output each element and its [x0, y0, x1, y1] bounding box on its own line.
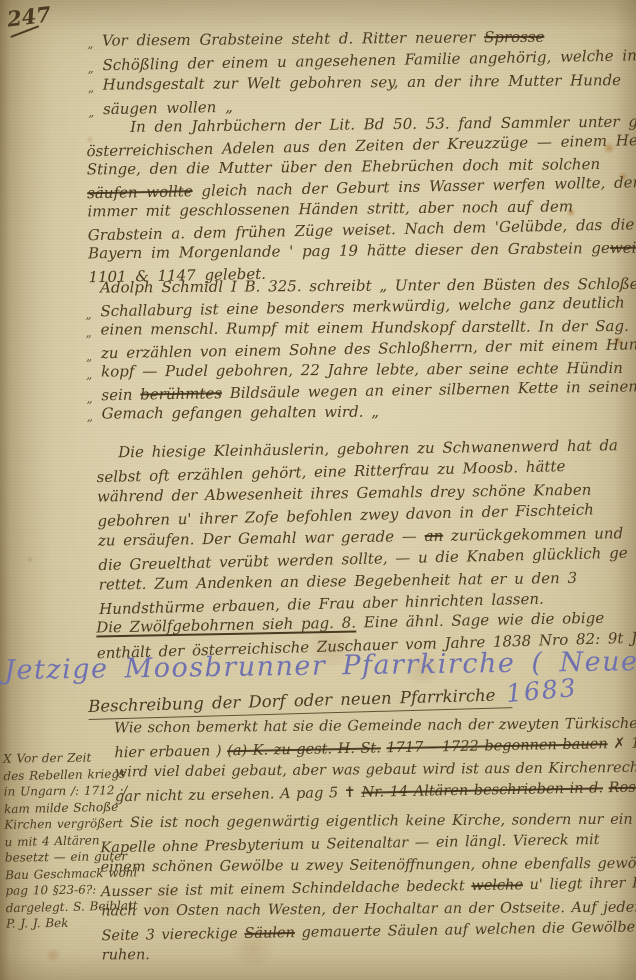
paragraph-kapelle-beschreibung: Sie ist noch gegenwärtig eigentlich kein…	[100, 807, 636, 968]
text-segment: ✗ 1726	[607, 735, 636, 752]
handwritten-line: „Gemach gefangen gehalten wird. „	[102, 400, 636, 425]
text-segment: Vor diesem Grabsteine steht d. Ritter ne…	[102, 28, 484, 49]
struck-text: an	[424, 527, 443, 545]
struck-text: säufen wollte	[87, 182, 193, 202]
handwritten-line: in Ungarn /: 1712 :/	[4, 782, 122, 800]
text-segment: Seite 3 viereckige	[101, 926, 244, 944]
paragraph-jahrbuecher: In den Jahrbüchern der Lit. Bd 50. 53. f…	[86, 110, 636, 287]
heading-text: Beschreibung der Dorf oder neuen Pfarrki…	[88, 686, 496, 716]
quote-mark: „	[87, 33, 93, 55]
text-segment: des Rebellen kriegs	[3, 766, 125, 783]
paragraph-grabstein-quote: „Vor diesem Grabsteine steht d. Ritter n…	[102, 24, 636, 119]
handwritten-line: ruhen.	[102, 940, 636, 966]
foxing-spot	[44, 948, 62, 962]
quote-mark: „	[86, 365, 92, 386]
struck-text: weiht	[610, 239, 636, 257]
text-segment: in Ungarn /: 1712 :/	[4, 783, 128, 799]
paragraph-kleinhaeuslerin-sage: Die hiesige Kleinhäuslerin, gebohren zu …	[96, 433, 629, 619]
quote-mark: „	[87, 407, 93, 428]
struck-text: Säulen	[244, 925, 295, 942]
text-segment: u' liegt ihrer Läng.	[523, 875, 636, 893]
text-segment: P. J. J. Bek	[6, 916, 69, 931]
struck-text: (a) K. zu gest. H. St.	[227, 740, 381, 759]
manuscript-page: 247 „Vor diesem Grabsteine steht d. Ritt…	[0, 0, 636, 980]
handwritten-line: X Vor der Zeit	[3, 749, 121, 767]
paragraph-schmidl-zitat: Adolph Schmidl I B. 325. schreibt „ Unte…	[100, 272, 636, 426]
struck-text: 1717 – 1722 begonnen bauen	[386, 736, 607, 756]
foxing-spot	[26, 556, 34, 563]
text-segment: zu ersäufen. Der Gemahl war gerade —	[98, 527, 425, 550]
text-segment: hier erbauen )	[114, 743, 227, 761]
handwritten-line: des Rebellen kriegs	[3, 765, 121, 784]
text-segment: Ausser sie ist mit einem Schindeldache b…	[101, 878, 472, 900]
struck-text: Rosalienten	[608, 779, 636, 797]
text-segment: X Vor der Zeit	[3, 751, 91, 766]
struck-text: berühmtes	[140, 384, 222, 403]
text-segment: Sie ist noch gegenwärtig eigentlich kein…	[130, 811, 636, 831]
struck-text: Sprosse	[484, 28, 545, 47]
text-segment: sein	[101, 386, 140, 405]
underlined-text: Die Zwölfgebohrnen sieh pag. 8.	[96, 614, 356, 637]
paragraph-kirchenbau: Wie schon bemerkt hat sie die Gemeinde n…	[114, 711, 636, 807]
quote-mark: „	[86, 323, 92, 344]
text-segment: pag 10 §23-6?:	[5, 883, 96, 898]
blue-pencil-year: 1683	[505, 673, 579, 708]
text-segment: nach von Osten nach Westen, der Hochalta…	[101, 900, 636, 920]
text-segment: Gemach gefangen gehalten wird. „	[102, 403, 379, 423]
struck-text: welche	[471, 877, 523, 894]
page-number: 247	[6, 1, 53, 31]
text-segment: gar nicht zu ersehen. A pag 5 ✝	[115, 785, 362, 806]
text-segment: gemauerte Säulen auf welchen die Gewölbe	[295, 919, 636, 941]
quote-mark: „	[88, 77, 94, 99]
text-segment: ruhen.	[102, 947, 150, 963]
text-segment: einem schönen Gewölbe u zwey Seitenöffnu…	[101, 856, 636, 876]
text-segment: u mit 4 Altären	[4, 833, 99, 849]
struck-text: Nr. 14 Altären beschrieben in d.	[361, 780, 603, 800]
